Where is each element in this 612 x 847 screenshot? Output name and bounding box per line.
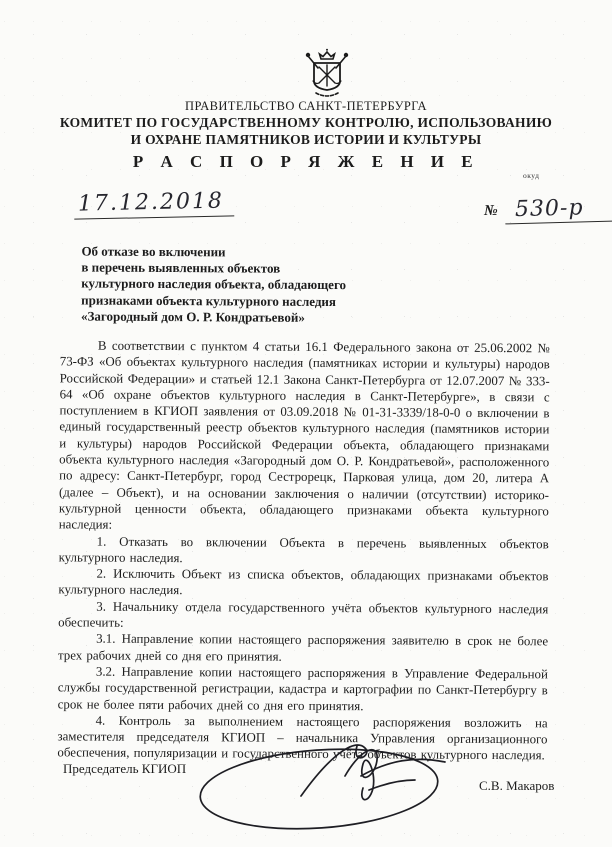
body-paragraph: 3.2. Направление копии настоящего распор… xyxy=(58,663,548,715)
subject-line: признаками объекта культурного наследия xyxy=(81,292,346,310)
signatory-name: С.В. Макаров xyxy=(479,778,554,794)
document-type-title: Р А С П О Р Я Ж Е Н И Е xyxy=(0,153,612,170)
subject-line: культурного наследия объекта, обладающег… xyxy=(81,276,346,294)
body-paragraph: 1. Отказать во включении Объекта в переч… xyxy=(59,533,549,569)
scanned-document-page: ПРАВИТЕЛЬСТВО САНКТ-ПЕТЕРБУРГА КОМИТЕТ П… xyxy=(0,0,612,847)
body-paragraph: 3.1. Направление копии настоящего распор… xyxy=(58,631,548,667)
document-number-block: № 530-р xyxy=(484,196,612,223)
letterhead: ПРАВИТЕЛЬСТВО САНКТ-ПЕТЕРБУРГА КОМИТЕТ П… xyxy=(0,100,612,170)
body-paragraph: В соответствии с пунктом 4 статьи 16.1 Ф… xyxy=(59,337,550,536)
signatory-position-title: Председатель КГИОП xyxy=(63,761,186,777)
number-sign: № xyxy=(484,203,498,223)
committee-name-line-2: И ОХРАНЕ ПАМЯТНИКОВ ИСТОРИИ И КУЛЬТУРЫ xyxy=(0,133,612,147)
document-number-handwritten: 530-р xyxy=(504,195,612,225)
committee-name-line-1: КОМИТЕТ ПО ГОСУДАРСТВЕННОМУ КОНТРОЛЮ, ИС… xyxy=(0,116,612,130)
government-name: ПРАВИТЕЛЬСТВО САНКТ-ПЕТЕРБУРГА xyxy=(0,100,612,113)
subject-line: в перечень выявленных объектов xyxy=(81,260,346,278)
document-subject: Об отказе во включении в перечень выявле… xyxy=(81,244,346,327)
document-date-handwritten: 17.12.2018 xyxy=(74,188,235,219)
signature-scribble-icon xyxy=(193,732,471,841)
subject-line: «Загородный дом О. Р. Кондратьевой» xyxy=(81,308,346,326)
body-paragraph: 3. Начальнику отдела государственного уч… xyxy=(58,598,548,634)
body-paragraph: 2. Исключить Объект из списка объектов, … xyxy=(58,566,548,602)
okud-code-label: окуд xyxy=(523,171,539,180)
document-body: В соответствии с пунктом 4 статьи 16.1 Ф… xyxy=(57,337,550,764)
subject-line: Об отказе во включении xyxy=(81,244,346,262)
